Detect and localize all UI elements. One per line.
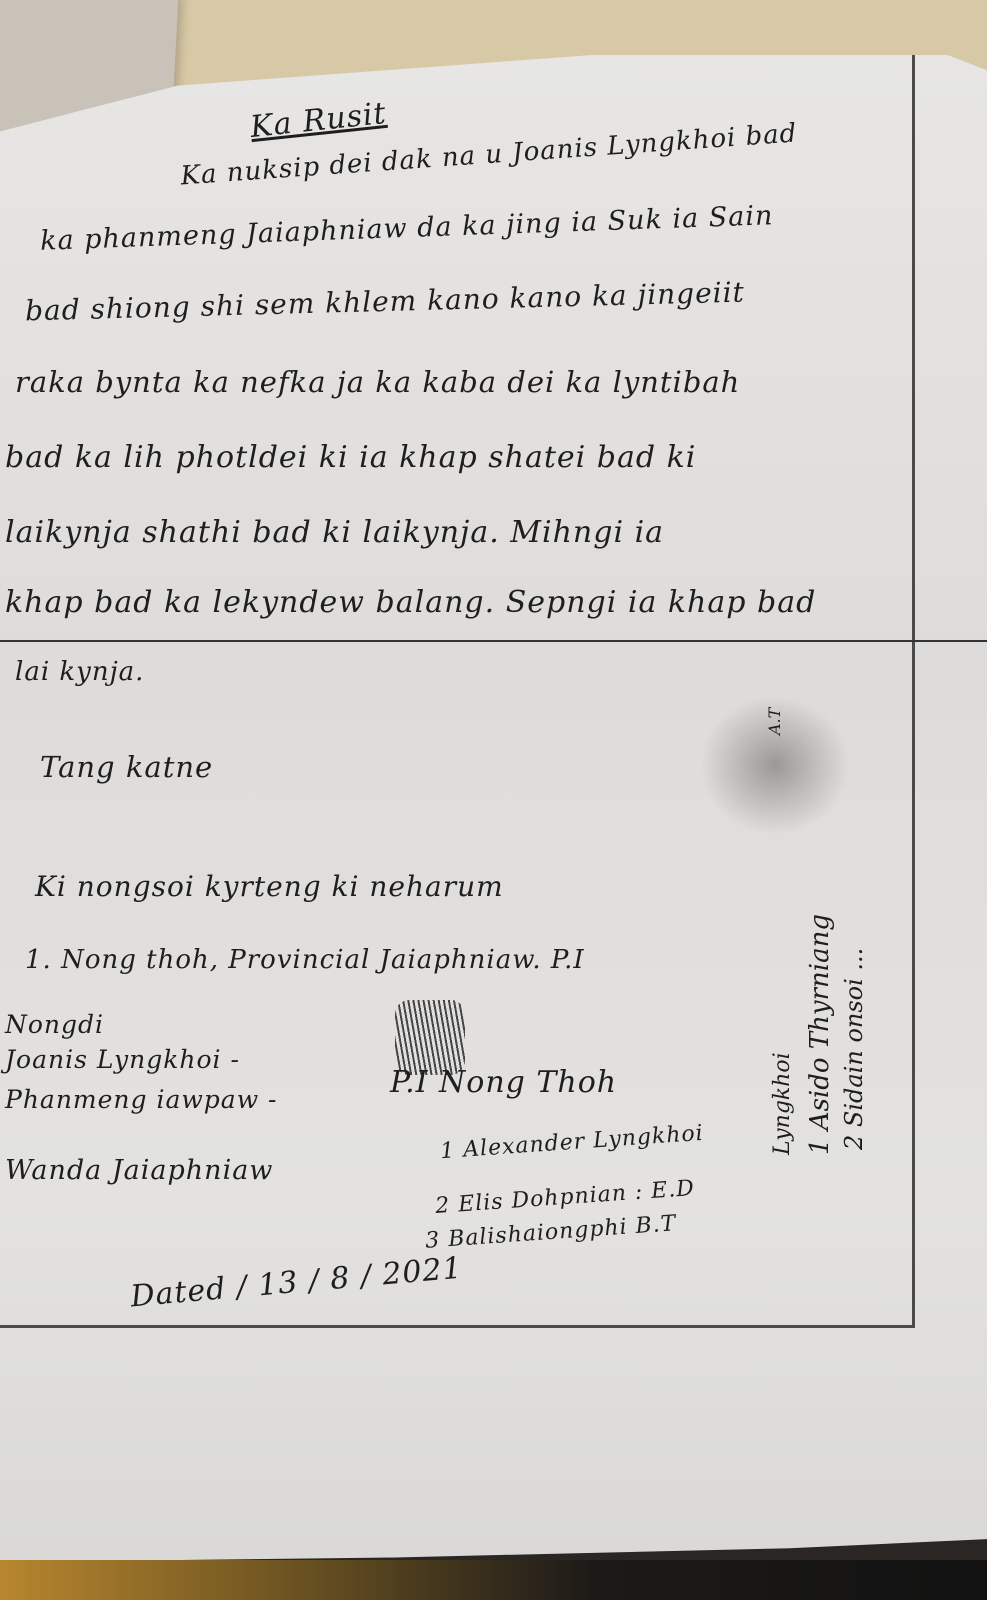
scribble-mark	[395, 1000, 465, 1075]
margin-text: A.T	[765, 708, 784, 735]
body-line: lai kynja.	[15, 657, 144, 687]
body-line: bad ka lih photldei ki ia khap shatei ba…	[5, 440, 696, 475]
signatory-label: Nongdi	[5, 1010, 104, 1039]
margin-text: 2 Sidain onsoi ...	[840, 948, 868, 1150]
signatory-line: Wanda Jaiaphniaw	[5, 1155, 273, 1186]
margin-text: Lyngkhoi	[770, 1052, 795, 1155]
signatory-line: Joanis Lyngkhoi -	[5, 1045, 240, 1074]
signatory-line: Phanmeng iawpaw -	[5, 1085, 277, 1114]
list-item: 1. Nong thoh, Provincial Jaiaphniaw. P.I	[25, 945, 585, 975]
body-line: laikynja shathi bad ki laikynja. Mihngi …	[5, 515, 664, 550]
closing-line: Tang katne	[40, 750, 213, 784]
table-surface	[0, 1560, 987, 1600]
witness-heading: Ki nongsoi kyrteng ki neharum	[35, 870, 504, 903]
writer-signature: P.I Nong Thoh	[390, 1065, 617, 1100]
body-line: raka bynta ka nefka ja ka kaba dei ka ly…	[15, 365, 740, 399]
document-sheet: Ka Rusit Ka nuksip dei dak na u Joanis L…	[0, 55, 987, 1585]
horizontal-line	[0, 640, 987, 642]
margin-text: 1 Asido Thyrniang	[805, 914, 835, 1155]
body-line: khap bad ka lekyndew balang. Sepngi ia k…	[5, 585, 816, 620]
